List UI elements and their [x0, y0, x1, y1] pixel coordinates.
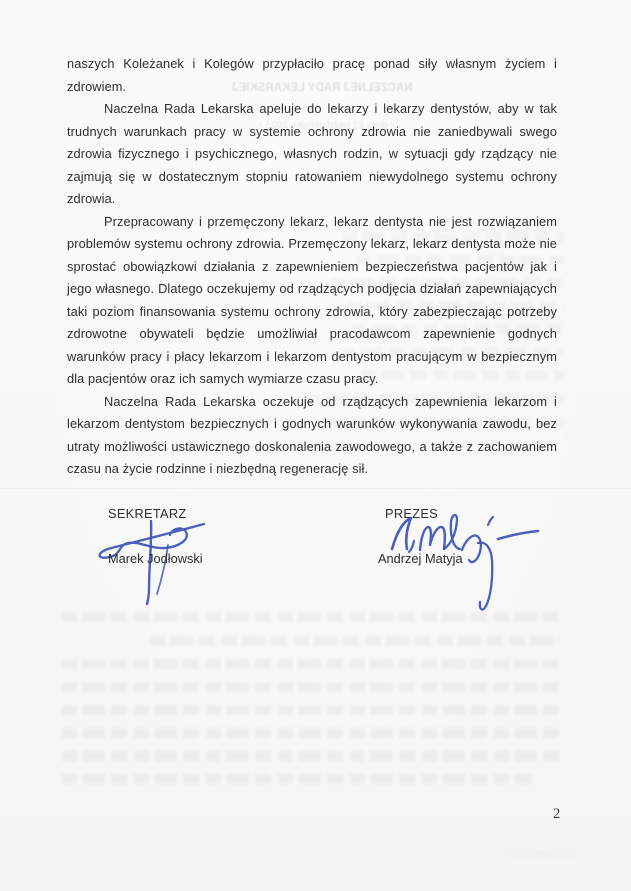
- bleed-through-line: [62, 728, 560, 738]
- letter-body: naszych Koleżanek i Kolegów przypłaciło …: [67, 53, 557, 481]
- bleed-through-line: [62, 682, 560, 692]
- body-paragraph: naszych Koleżanek i Kolegów przypłaciło …: [67, 53, 557, 98]
- bleed-through-line: [62, 705, 560, 715]
- president-name: Andrzej Matyja: [378, 551, 463, 566]
- page-number: 2: [553, 806, 560, 823]
- scan-artifact-smudge: [470, 845, 615, 861]
- body-paragraph: Naczelna Rada Lekarska oczekuje od rządz…: [67, 391, 557, 481]
- bleed-through-line: [62, 612, 560, 622]
- body-paragraph: Naczelna Rada Lekarska apeluje do lekarz…: [67, 98, 557, 211]
- bleed-through-line: [62, 659, 560, 669]
- scan-artifact-band: [0, 488, 631, 489]
- secretary-title: SEKRETARZ: [108, 506, 187, 521]
- secretary-name: Marek Jodłowski: [108, 551, 203, 566]
- president-title: PREZES: [385, 506, 438, 521]
- bleed-through-line: [62, 774, 532, 784]
- body-paragraph: Przepracowany i przemęczony lekarz, leka…: [67, 211, 557, 391]
- document-page: NACZELNEJ RADY LEKARSKIEJ z dnia 22 paźd…: [0, 0, 631, 891]
- bleed-through-line: [62, 751, 560, 761]
- bleed-through-line: [150, 636, 560, 646]
